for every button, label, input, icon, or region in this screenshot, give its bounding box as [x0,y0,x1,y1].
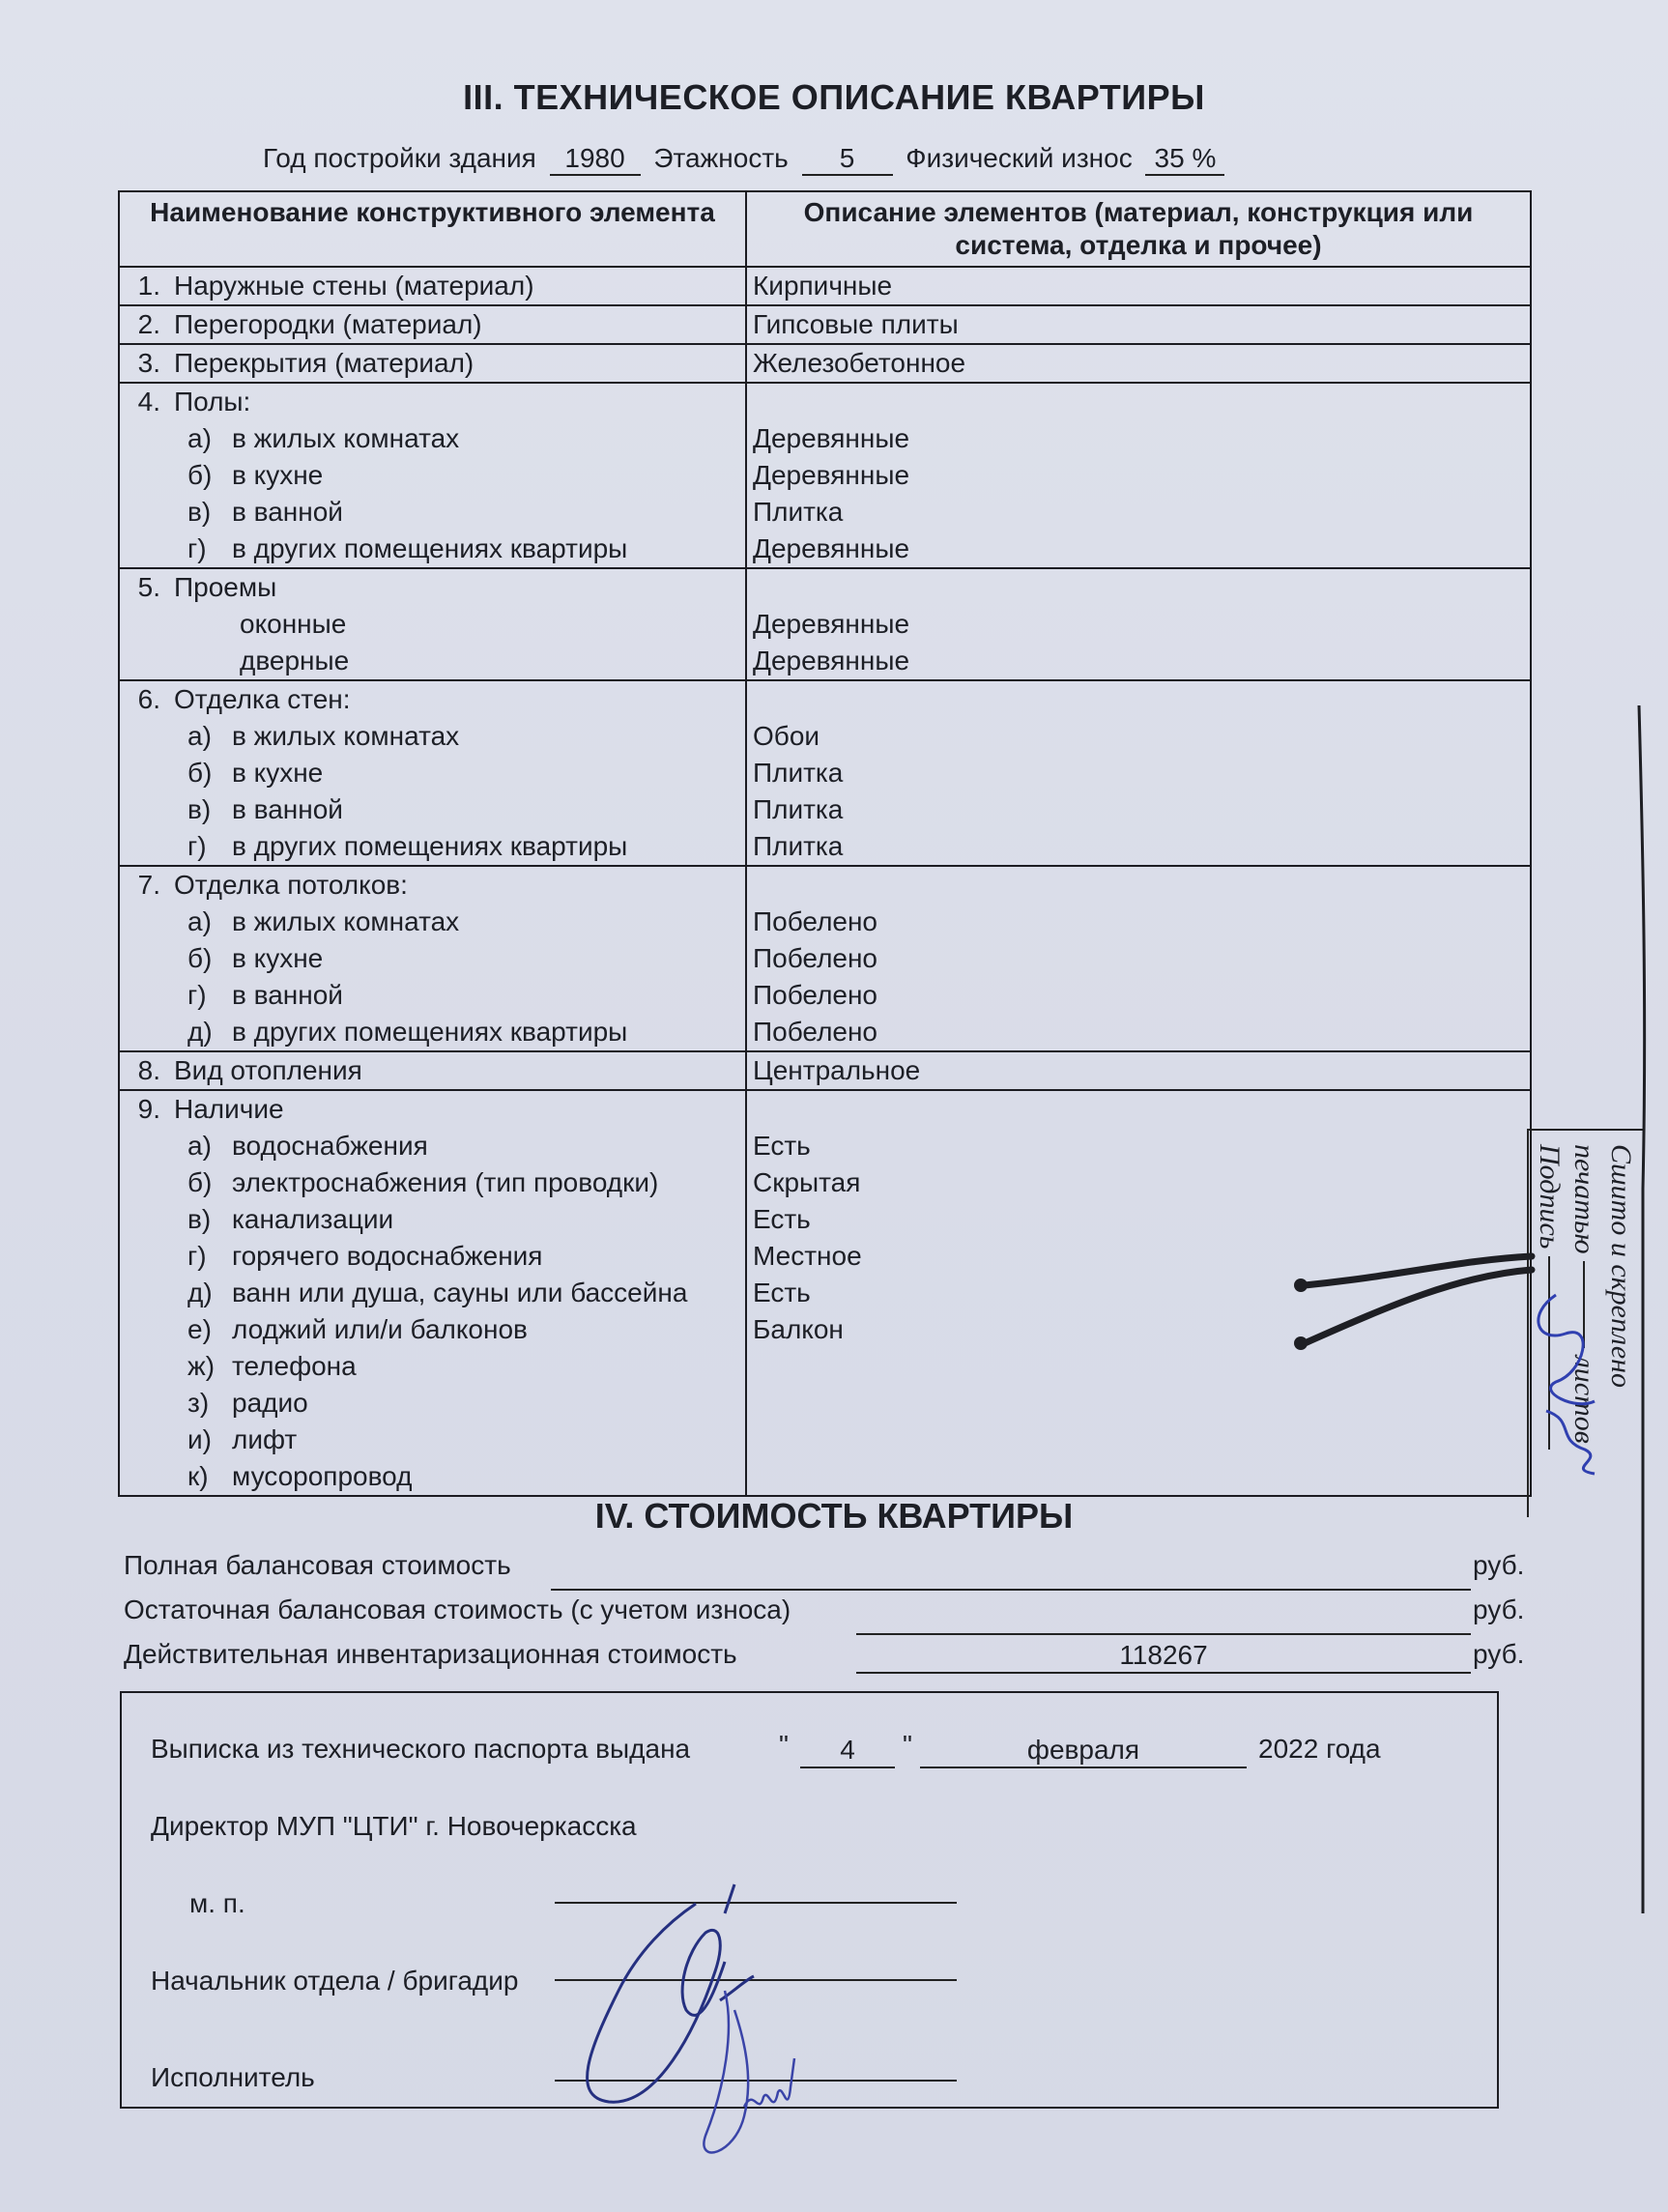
element-title: 1.Наружные стены (материал) [120,268,745,304]
sub-element-label: оконные [240,609,346,639]
sub-element-letter: а) [187,718,232,755]
sub-element-value: Деревянные [747,606,1530,643]
element-title: 9.Наличие [120,1091,745,1128]
sub-element-letter: г) [187,977,232,1014]
sub-element-label: радио [232,1388,308,1418]
sub-element-letter: е) [187,1311,232,1348]
stamp-signature-label: Подпись [1534,1144,1566,1249]
element-label: Наружные стены (материал) [174,271,534,301]
sub-element: б)в кухне [120,755,745,791]
element-number: 4. [120,384,160,420]
element-title: 5.Проемы [120,569,745,606]
full-cost-currency: руб. [1473,1550,1524,1581]
element-name-cell: 2.Перегородки (материал) [119,305,746,344]
sub-element-letter: г) [187,531,232,567]
sub-element-label: канализации [232,1204,393,1234]
sub-element: и)лифт [120,1422,745,1458]
sub-element: к)мусоропровод [120,1458,745,1495]
element-value: Кирпичные [747,268,1530,304]
element-number: 1. [120,268,160,304]
element-number: 5. [120,569,160,606]
element-value [747,867,1530,904]
sub-element: д)в других помещениях квартиры [120,1014,745,1050]
sub-element-value: Плитка [747,791,1530,828]
element-value: Центральное [747,1052,1530,1089]
sub-element-label: в кухне [232,460,323,490]
sub-element: оконные [120,606,745,643]
element-description-cell: Железобетонное [746,344,1531,383]
header-element-description: Описание элементов (материал, конструкци… [746,191,1531,267]
sub-element: а)водоснабжения [120,1128,745,1164]
sub-element-label: водоснабжения [232,1131,428,1161]
sub-element: г)в других помещениях квартиры [120,531,745,567]
table-row: 7.Отделка потолков:а)в жилых комнатахб)в… [119,866,1531,1051]
element-name-cell: 3.Перекрытия (материал) [119,344,746,383]
sub-element-label: электроснабжения (тип проводки) [232,1167,658,1197]
sub-element-letter: б) [187,1164,232,1201]
quote-open: " [779,1730,789,1761]
sub-element-value [747,1422,1530,1458]
sub-element-label: в других помещениях квартиры [232,1017,627,1047]
sub-element: г)в других помещениях квартиры [120,828,745,865]
extract-month: февраля [920,1734,1247,1768]
year-label: Год постройки здания [263,143,536,173]
sub-element-label: в жилых комнатах [232,906,459,936]
element-number: 2. [120,306,160,343]
sub-element-value: Побелено [747,977,1530,1014]
element-title: 3.Перекрытия (материал) [120,345,745,382]
sub-element-value: Побелено [747,1014,1530,1050]
sub-element-letter: в) [187,494,232,531]
element-description-cell: ДеревянныеДеревянные [746,568,1531,680]
sub-element-letter: к) [187,1458,232,1495]
seal-label: м. п. [189,1888,245,1919]
extract-issued-label: Выписка из технического паспорта выдана [151,1734,690,1765]
wear-value: 35 % [1145,143,1224,176]
sub-element: а)в жилых комнатах [120,420,745,457]
sub-element: б)в кухне [120,940,745,977]
section-4-title: IV. СТОИМОСТЬ КВАРТИРЫ [0,1496,1668,1537]
floors-value: 5 [802,143,893,176]
thread-right-edge-icon [1633,705,1653,1913]
sub-element-value: Деревянные [747,531,1530,567]
element-label: Проемы [174,572,276,602]
sub-element-label: в ванной [232,980,343,1010]
sub-element-value [747,1385,1530,1422]
sub-element-value: Деревянные [747,457,1530,494]
sub-element-label: в других помещениях квартиры [232,831,627,861]
sub-element-label: в жилых комнатах [232,423,459,453]
table-row: 5.ПроемыоконныедверныеДеревянныеДеревянн… [119,568,1531,680]
sub-element-value: Скрытая [747,1164,1530,1201]
sub-element: в)в ванной [120,494,745,531]
sub-element: а)в жилых комнатах [120,904,745,940]
sub-element-value: Побелено [747,940,1530,977]
sub-element: е)лоджий или/и балконов [120,1311,745,1348]
sub-element: д)ванн или душа, сауны или бассейна [120,1275,745,1311]
sub-element: г)горячего водоснабжения [120,1238,745,1275]
binding-thread-icon [1285,1247,1537,1382]
element-description-cell: ОбоиПлиткаПлиткаПлитка [746,680,1531,866]
element-name-cell: 5.Проемыоконныедверные [119,568,746,680]
sub-element-label: в ванной [232,794,343,824]
element-name-cell: 1.Наружные стены (материал) [119,267,746,305]
sub-element-value [747,1458,1530,1495]
sub-element-letter: г) [187,828,232,865]
sub-element-label: дверные [240,646,349,675]
element-description-cell: Центральное [746,1051,1531,1090]
table-header-row: Наименование конструктивного элемента Оп… [119,191,1531,267]
sub-element-label: в других помещениях квартиры [232,533,627,563]
sub-element-label: телефона [232,1351,357,1381]
table-row: 3.Перекрытия (материал)Железобетонное [119,344,1531,383]
sub-element-letter: и) [187,1422,232,1458]
header-element-name: Наименование конструктивного элемента [119,191,746,267]
element-name-cell: 8.Вид отопления [119,1051,746,1090]
sub-element-letter: а) [187,904,232,940]
sub-element-value: Деревянные [747,420,1530,457]
sub-element-letter: б) [187,755,232,791]
element-description-cell: ДеревянныеДеревянныеПлиткаДеревянные [746,383,1531,568]
sub-element-label: горячего водоснабжения [232,1241,542,1271]
sub-element: дверные [120,643,745,679]
element-value [747,1091,1530,1128]
element-label: Перекрытия (материал) [174,348,474,378]
inventory-cost-field: 118267 [856,1639,1471,1674]
year-value: 1980 [550,143,641,176]
sub-element-letter: в) [187,1201,232,1238]
element-label: Полы: [174,387,250,417]
element-title: 7.Отделка потолков: [120,867,745,904]
sub-element-letter: з) [187,1385,232,1422]
sub-element-value: Побелено [747,904,1530,940]
element-title: 4.Полы: [120,384,745,420]
inventory-cost-label: Действительная инвентаризационная стоимо… [124,1639,737,1670]
sub-element: а)в жилых комнатах [120,718,745,755]
sub-element-value: Деревянные [747,643,1530,679]
sub-element-label: в жилых комнатах [232,721,459,751]
sub-element-value: Есть [747,1201,1530,1238]
element-number: 8. [120,1052,160,1089]
sub-element-letter: ж) [187,1348,232,1385]
executor-label: Исполнитель [151,2062,315,2093]
section-3-title: III. ТЕХНИЧЕСКОЕ ОПИСАНИЕ КВАРТИРЫ [0,77,1668,118]
sub-element-letter: б) [187,457,232,494]
sub-element-value: Есть [747,1128,1530,1164]
element-number: 9. [120,1091,160,1128]
element-label: Перегородки (материал) [174,309,482,339]
element-title: 6.Отделка стен: [120,681,745,718]
sub-element-label: лоджий или/и балконов [232,1314,528,1344]
sub-element-letter: д) [187,1014,232,1050]
element-label: Вид отопления [174,1055,362,1085]
full-cost-label: Полная балансовая стоимость [124,1550,511,1581]
sub-element: б)электроснабжения (тип проводки) [120,1164,745,1201]
sub-element-value: Обои [747,718,1530,755]
sub-element-label: ванн или душа, сауны или бассейна [232,1278,687,1307]
table-row: 4.Полы:а)в жилых комнатахб)в кухнев)в ва… [119,383,1531,568]
element-name-cell: 6.Отделка стен:а)в жилых комнатахб)в кух… [119,680,746,866]
sub-element-label: в кухне [232,758,323,788]
sub-element-letter: б) [187,940,232,977]
extract-day: 4 [800,1734,895,1768]
element-label: Отделка стен: [174,684,351,714]
element-value [747,681,1530,718]
sub-element-label: в ванной [232,497,343,527]
element-name-cell: 7.Отделка потолков:а)в жилых комнатахб)в… [119,866,746,1051]
table-row: 8.Вид отопленияЦентральное [119,1051,1531,1090]
director-label: Директор МУП "ЦТИ" г. Новочеркасска [151,1811,637,1842]
sub-element: б)в кухне [120,457,745,494]
sub-element-label: в кухне [232,943,323,973]
sub-element: в)в ванной [120,791,745,828]
stamp-line-2-text: печатью [1568,1144,1600,1254]
residual-cost-label: Остаточная балансовая стоимость (с учето… [124,1594,791,1625]
table-row: 6.Отделка стен:а)в жилых комнатахб)в кух… [119,680,1531,866]
head-label: Начальник отдела / бригадир [151,1966,518,1997]
sub-element: г)в ванной [120,977,745,1014]
signature-executor-icon [667,1971,860,2165]
table-row: 1.Наружные стены (материал)Кирпичные [119,267,1531,305]
sub-element-letter: в) [187,791,232,828]
sub-element-label: мусоропровод [232,1461,412,1491]
element-name-cell: 4.Полы:а)в жилых комнатахб)в кухнев)в ва… [119,383,746,568]
quote-close: " [903,1730,912,1761]
element-value [747,384,1530,420]
sub-element-letter: а) [187,420,232,457]
sub-element-letter: г) [187,1238,232,1275]
element-value [747,569,1530,606]
element-description-cell: Кирпичные [746,267,1531,305]
wear-label: Физический износ [906,143,1132,173]
building-meta: Год постройки здания 1980 Этажность 5 Фи… [263,143,1230,176]
residual-cost-field [856,1600,1471,1635]
floors-label: Этажность [653,143,788,173]
element-number: 6. [120,681,160,718]
sub-element-label: лифт [232,1424,297,1454]
element-description-cell: Гипсовые плиты [746,305,1531,344]
element-number: 7. [120,867,160,904]
table-row: 2.Перегородки (материал)Гипсовые плиты [119,305,1531,344]
element-label: Отделка потолков: [174,870,408,900]
element-title: 2.Перегородки (материал) [120,306,745,343]
sub-element: з)радио [120,1385,745,1422]
sub-element: ж)телефона [120,1348,745,1385]
element-name-cell: 9.Наличиеа)водоснабженияб)электроснабжен… [119,1090,746,1496]
element-number: 3. [120,345,160,382]
sub-element-value: Плитка [747,755,1530,791]
full-cost-field [551,1556,1471,1591]
element-label: Наличие [174,1094,284,1124]
residual-cost-currency: руб. [1473,1594,1524,1625]
sub-element-letter: д) [187,1275,232,1311]
sub-element-value: Плитка [747,494,1530,531]
sub-element-letter: а) [187,1128,232,1164]
element-value: Гипсовые плиты [747,306,1530,343]
extract-year: 2022 года [1258,1734,1381,1765]
sub-element: в)канализации [120,1201,745,1238]
element-title: 8.Вид отопления [120,1052,745,1089]
element-description-cell: ПобеленоПобеленоПобеленоПобелено [746,866,1531,1051]
sub-element-value: Плитка [747,828,1530,865]
element-value: Железобетонное [747,345,1530,382]
inventory-cost-currency: руб. [1473,1639,1524,1670]
